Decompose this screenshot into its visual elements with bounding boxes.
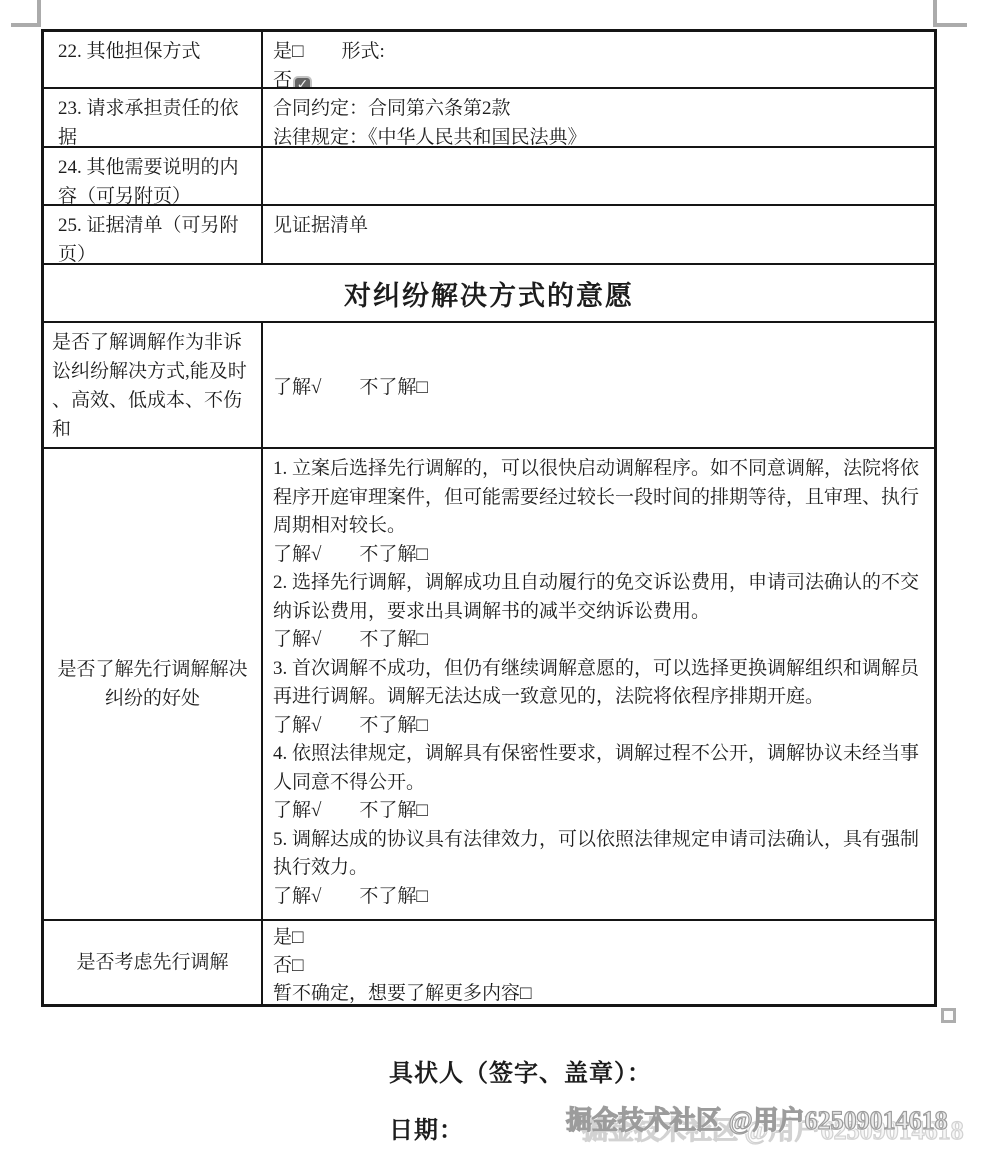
contract-clause-text: 合同约定：合同第六条第2款: [273, 94, 928, 123]
row-liability-basis-label: 23. 请求承担责任的依 据: [44, 89, 263, 146]
consider-option-undecided[interactable]: 暂不确定，想要了解更多内容□: [273, 980, 928, 1004]
check-glyph: ✓: [297, 77, 309, 87]
section-header-row: 对纠纷解决方式的意愿: [44, 265, 934, 323]
table-resize-handle-icon[interactable]: [941, 1008, 956, 1023]
benefit-item-1: 1. 立案后选择先行调解的，可以很快启动调解程序。如不同意调解，法院将依程序开庭…: [273, 455, 928, 541]
no-option[interactable]: 否✓: [273, 66, 928, 87]
page-corner-mark-top-right-horizontal: [933, 23, 967, 27]
label-line-1: 24. 其他需要说明的内: [58, 153, 257, 182]
row-other-notes-label: 24. 其他需要说明的内 容（可另附页）: [44, 148, 263, 204]
benefit-item-2: 2. 选择先行调解，调解成功且自动履行的免交诉讼费用，申请司法确认的不交纳诉讼费…: [273, 569, 928, 626]
awareness-choice[interactable]: 了解√ 不了解□: [273, 373, 928, 402]
row-other-notes: 24. 其他需要说明的内 容（可另附页）: [44, 148, 934, 206]
row-mediation-benefits: 是否了解先行调解解决 纠纷的好处 1. 立案后选择先行调解的，可以很快启动调解程…: [44, 449, 934, 921]
watermark: 掘金技术社区 @用户62509014618: [566, 1100, 948, 1137]
row-consider-mediation-value: 是□ 否□ 暂不确定，想要了解更多内容□: [263, 921, 934, 1004]
claim-form-table: 22. 其他担保方式 是□ 形式: 否✓ 23. 请求承担责任的依 据 合同约定…: [41, 29, 937, 1007]
row-evidence-list-label: 25. 证据清单（可另附 页）: [44, 206, 263, 263]
consider-option-no[interactable]: 否□: [273, 952, 928, 980]
row-consider-mediation: 是否考虑先行调解 是□ 否□ 暂不确定，想要了解更多内容□: [44, 921, 934, 1004]
label-line-3: 、高效、低成本、不伤和: [52, 386, 257, 444]
row-mediation-benefits-label: 是否了解先行调解解决 纠纷的好处: [44, 449, 263, 919]
benefit-item-2-choice[interactable]: 了解√ 不了解□: [273, 626, 928, 655]
row-evidence-list: 25. 证据清单（可另附 页） 见证据清单: [44, 206, 934, 265]
benefit-item-3: 3. 首次调解不成功，但仍有继续调解意愿的，可以选择更换调解组织和调解员再进行调…: [273, 655, 928, 712]
label-line-2: 据: [58, 123, 257, 146]
row-liability-basis-value: 合同约定：合同第六条第2款 法律规定：《中华人民共和国民法典》: [263, 89, 934, 146]
row-mediation-awareness-value: 了解√ 不了解□: [263, 323, 934, 447]
benefit-item-5-choice[interactable]: 了解√ 不了解□: [273, 883, 928, 912]
page-corner-mark-top-left-horizontal: [11, 23, 41, 27]
row-mediation-benefits-value: 1. 立案后选择先行调解的，可以很快启动调解程序。如不同意调解，法院将依程序开庭…: [263, 449, 934, 919]
checked-checkbox-icon[interactable]: ✓: [293, 76, 312, 87]
row-liability-basis: 23. 请求承担责任的依 据 合同约定：合同第六条第2款 法律规定：《中华人民共…: [44, 89, 934, 148]
benefit-item-3-choice[interactable]: 了解√ 不了解□: [273, 712, 928, 741]
label-line-2: 纠纷的好处: [48, 684, 257, 713]
label-text: 是否考虑先行调解: [48, 948, 257, 977]
law-basis-text: 法律规定：《中华人民共和国民法典》: [273, 123, 928, 146]
benefit-item-1-choice[interactable]: 了解√ 不了解□: [273, 541, 928, 570]
label-line-1: 23. 请求承担责任的依: [58, 94, 257, 123]
row-other-guarantee-value: 是□ 形式: 否✓: [263, 32, 934, 87]
row-consider-mediation-label: 是否考虑先行调解: [44, 921, 263, 1004]
benefit-item-5: 5. 调解达成的协议具有法律效力，可以依照法律规定申请司法确认，具有强制执行效力…: [273, 826, 928, 883]
row-other-notes-value: [263, 148, 934, 204]
row-other-guarantee: 22. 其他担保方式 是□ 形式: 否✓: [44, 32, 934, 89]
date-label: 日期：: [389, 1110, 464, 1145]
label-line-1: 是否了解先行调解解决: [48, 655, 257, 684]
label-line-4: 气地解决纠纷: [52, 444, 257, 447]
label-line-2: 页）: [58, 240, 257, 263]
signer-label: 具状人（签字、盖章）：: [389, 1053, 652, 1088]
row-mediation-awareness-label: 是否了解调解作为非诉 讼纠纷解决方式,能及时 、高效、低成本、不伤和 气地解决纠…: [44, 323, 263, 447]
label-line-1: 25. 证据清单（可另附: [58, 211, 257, 240]
row-other-guarantee-label: 22. 其他担保方式: [44, 32, 263, 87]
yes-option-and-form-label[interactable]: 是□ 形式:: [273, 37, 928, 66]
document-page: 22. 其他担保方式 是□ 形式: 否✓ 23. 请求承担责任的依 据 合同约定…: [0, 0, 984, 1166]
no-option-label: 否: [273, 70, 292, 87]
label-line-1: 是否了解调解作为非诉: [52, 328, 257, 357]
row-mediation-awareness: 是否了解调解作为非诉 讼纠纷解决方式,能及时 、高效、低成本、不伤和 气地解决纠…: [44, 323, 934, 449]
label-line-2: 讼纠纷解决方式,能及时: [52, 357, 257, 386]
evidence-list-text: 见证据清单: [273, 211, 928, 240]
label-line-2: 容（可另附页）: [58, 182, 257, 204]
benefit-item-4-choice[interactable]: 了解√ 不了解□: [273, 797, 928, 826]
benefit-item-4: 4. 依照法律规定，调解具有保密性要求，调解过程不公开，调解协议未经当事人同意不…: [273, 740, 928, 797]
row-evidence-list-value: 见证据清单: [263, 206, 934, 263]
label-text: 22. 其他担保方式: [58, 37, 257, 66]
consider-option-yes[interactable]: 是□: [273, 924, 928, 952]
section-title: 对纠纷解决方式的意愿: [44, 274, 934, 313]
